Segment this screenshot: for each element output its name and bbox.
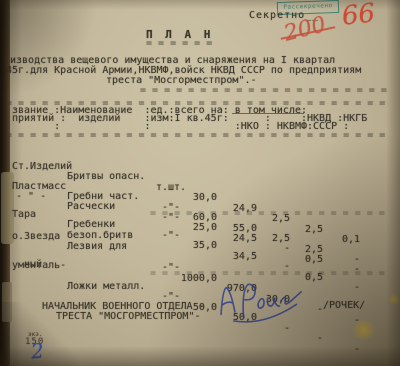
handwritten-page-number: 2	[30, 340, 45, 362]
cell-nkgb: -	[325, 345, 360, 356]
header-bottom-rule: = = = = = = = = = = = = = = = = = = = = …	[6, 131, 385, 142]
cell-enterprise-line2: ный	[24, 260, 42, 271]
cell-item: Ложки металл.	[67, 282, 145, 293]
cell-item-line2: безоп.бритв	[67, 231, 133, 242]
table-row: - " - Расчески -"- 25,0 24,5 - 0,5 -	[10, 181, 400, 193]
table-row: Ст.Изделий Бритвы опасн. т.шт. 30,0 24,9…	[10, 151, 400, 163]
cell-nkgb: -	[325, 283, 360, 294]
red-page-number: 66	[341, 0, 377, 31]
header-underline	[232, 113, 304, 114]
cell-enterprise: о.Звезда	[12, 232, 60, 243]
signature-ink	[212, 271, 312, 333]
title-underline: = = = = = =	[146, 39, 212, 50]
table-row: о.Звезда Лезвия для безоп.бритв -"- 1000…	[10, 221, 400, 243]
typed-signature-name: /РОЧЕК/	[323, 301, 365, 312]
yellow-stain	[350, 320, 378, 340]
mid-rule: = = = = = = = = = = = = = = = = = = = =	[150, 209, 385, 220]
cell-nkvd: -	[288, 334, 323, 345]
yellow-stain	[388, 294, 400, 305]
footer-title-line: ТРЕСТА "МОСГОРМЕСТПРОМ"-	[56, 312, 201, 323]
rule-above-table: = = = = = = = = = = = = = = = = = = = = …	[140, 86, 387, 97]
document-photo: Рассекречено Секретно__ 200 66 П Л А Н =…	[0, 0, 400, 366]
cell-enterprise: Тара	[12, 210, 36, 221]
